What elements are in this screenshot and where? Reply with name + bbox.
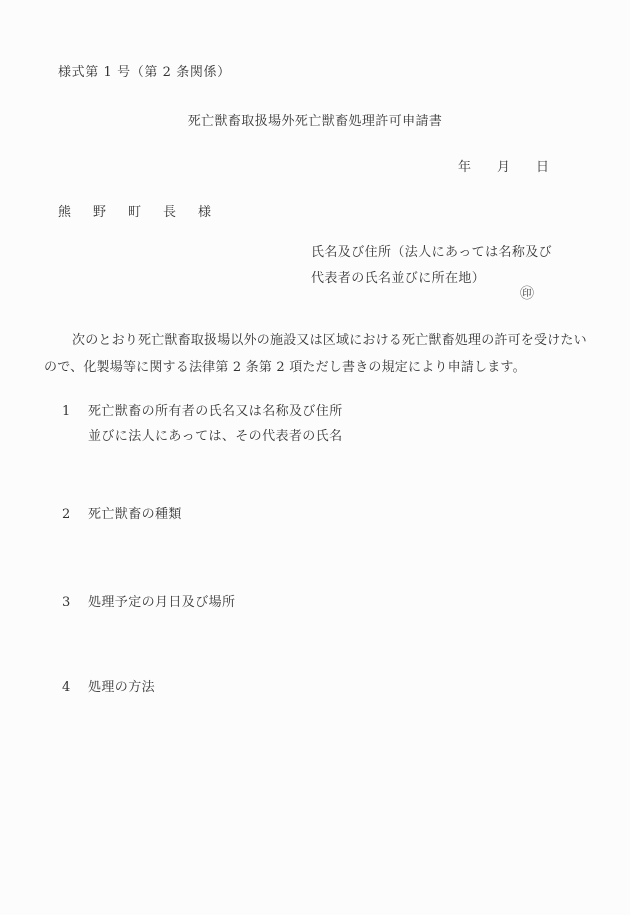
applicant-name-address-label-line1: 氏名及び住所（法人にあっては名称及び	[311, 241, 552, 260]
item-text-line: 死亡獣畜の所有者の氏名又は名称及び住所	[88, 399, 343, 424]
item-number: 4	[62, 675, 88, 700]
item-text: 死亡獣畜の所有者の氏名又は名称及び住所 並びに法人にあっては、その代表者の氏名	[88, 399, 343, 449]
item-text: 処理予定の月日及び場所	[88, 590, 235, 615]
document-page: 様式第 1 号（第 2 条関係） 死亡獣畜取扱場外死亡獣畜処理許可申請書 年 月…	[0, 0, 630, 915]
item-number: 2	[62, 502, 88, 527]
item-text-line: 処理の方法	[88, 675, 155, 700]
item-text: 死亡獣畜の種類	[88, 502, 182, 527]
applicant-name-address-label-line2: 代表者の氏名並びに所在地）	[311, 267, 485, 286]
list-item-2: 2 死亡獣畜の種類	[62, 502, 182, 527]
date-line: 年 月 日	[458, 156, 549, 175]
item-text-line: 死亡獣畜の種類	[88, 502, 182, 527]
list-item-3: 3 処理予定の月日及び場所	[62, 590, 235, 615]
item-number: 1	[62, 399, 88, 424]
item-number: 3	[62, 590, 88, 615]
body-paragraph-line2: ので、化製場等に関する法律第 2 条第 2 項ただし書きの規定により申請します。	[44, 354, 589, 381]
list-item-1: 1 死亡獣畜の所有者の氏名又は名称及び住所 並びに法人にあっては、その代表者の氏…	[62, 399, 343, 449]
item-text-line: 処理予定の月日及び場所	[88, 590, 235, 615]
body-paragraph-line1: 次のとおり死亡獣畜取扱場以外の施設又は区域における死亡獣畜処理の許可を受けたい	[44, 327, 589, 354]
list-item-4: 4 処理の方法	[62, 675, 155, 700]
addressee-mayor: 熊 野 町 長 様	[58, 201, 216, 220]
seal-mark-icon: ㊞	[520, 283, 534, 303]
item-text-line: 並びに法人にあっては、その代表者の氏名	[88, 424, 343, 449]
body-paragraph: 次のとおり死亡獣畜取扱場以外の施設又は区域における死亡獣畜処理の許可を受けたい …	[44, 327, 589, 381]
form-number: 様式第 1 号（第 2 条関係）	[58, 61, 231, 80]
document-title: 死亡獣畜取扱場外死亡獣畜処理許可申請書	[0, 110, 630, 129]
item-text: 処理の方法	[88, 675, 155, 700]
